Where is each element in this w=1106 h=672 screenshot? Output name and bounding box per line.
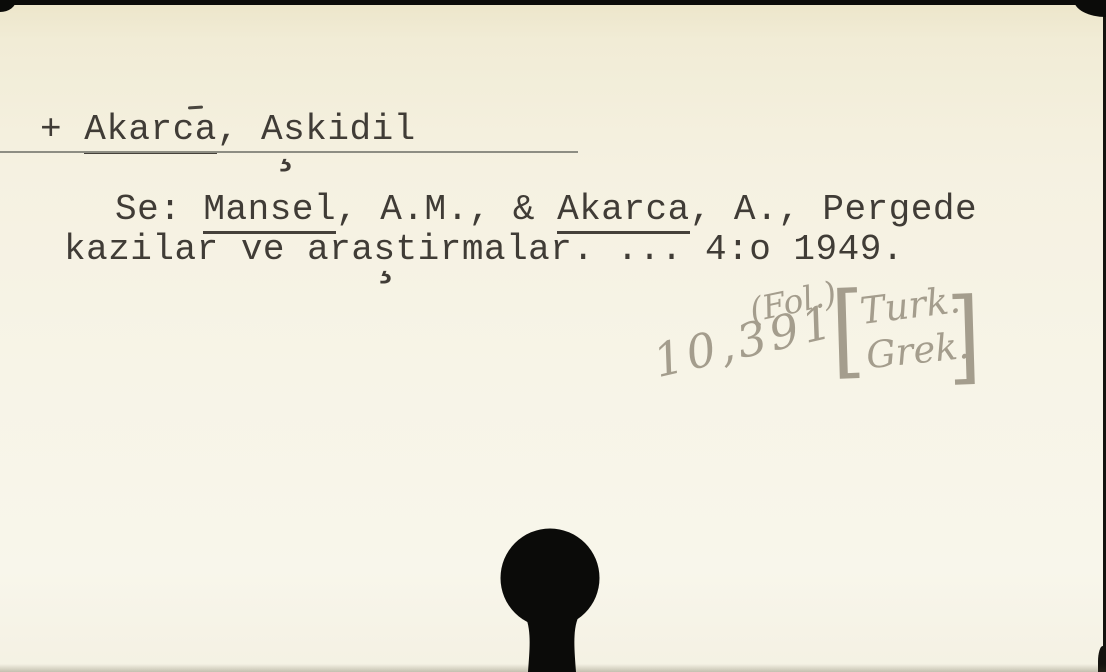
- title-start: , A., Pergede: [690, 189, 977, 230]
- author1-name: Mansel: [203, 189, 336, 234]
- reference-line-1: Se: Mansel, A.M., & Akarca, A., Pergede: [115, 191, 977, 229]
- heading-prefix: +: [40, 109, 84, 150]
- author2-name: Akarca: [557, 189, 690, 234]
- scan-corner-top-right: [1074, 0, 1106, 17]
- shelf-number: 10,391: [648, 294, 840, 388]
- scan-corner-top-left: [0, 0, 16, 12]
- heading-given-name: , Askidil: [217, 109, 416, 150]
- reference-line-2: kazilar ve arastirmalar. ... 4:o 1949.: [64, 231, 904, 269]
- heading-line: + Akarca, Askidil: [40, 111, 416, 149]
- author1-initials: , A.M., &: [336, 189, 557, 230]
- catalog-card-scan: + Akarca, Askidil ¸ Se: Mansel, A.M., & …: [0, 0, 1106, 672]
- printed-rule-line: [0, 151, 578, 153]
- keyhole-punch-icon: [470, 525, 635, 672]
- language-bracket-right: ]: [946, 286, 983, 387]
- see-reference-label: Se:: [115, 189, 203, 230]
- scan-edge-top: [0, 0, 1106, 5]
- heading-cedilla-mark: ¸: [277, 116, 312, 174]
- body-cedilla-mark: ¸: [377, 228, 412, 286]
- heading-surname: Akarca: [84, 109, 217, 154]
